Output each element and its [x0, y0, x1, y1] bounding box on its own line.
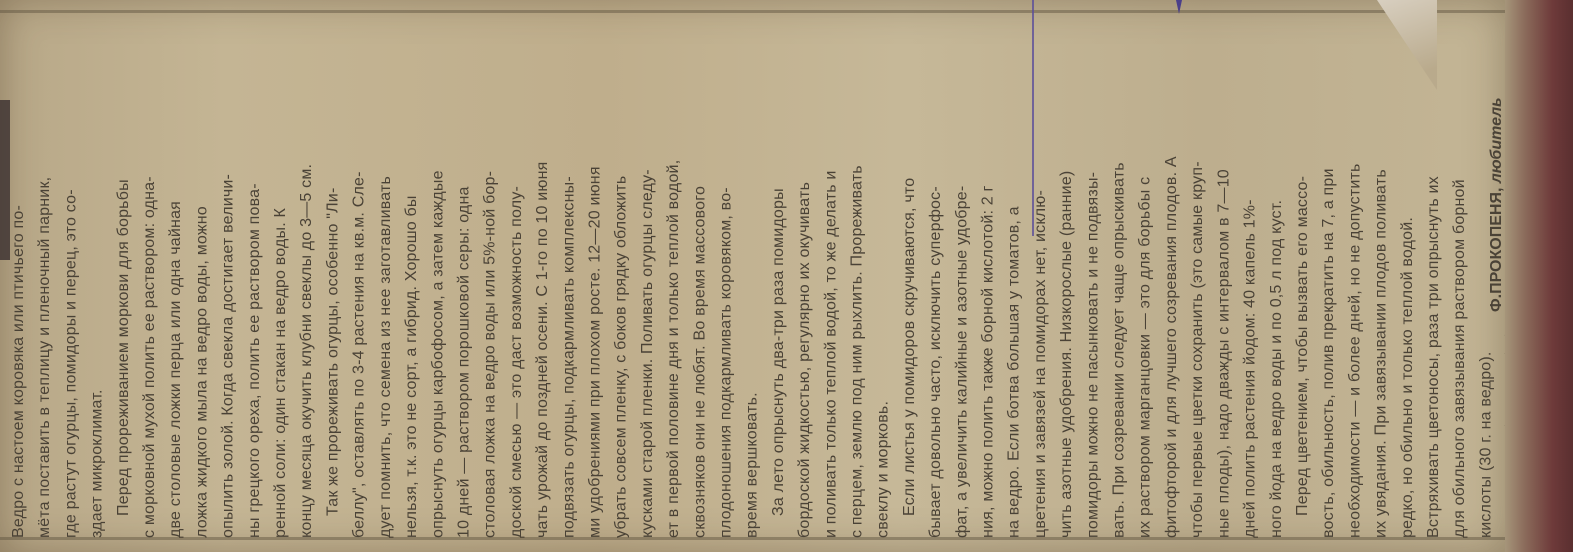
- text-line: с морковной мухой полить ее раствором: о…: [137, 18, 163, 538]
- text-line: бордоской жидкостью, регулярно их окучив…: [792, 18, 818, 538]
- text-line: здает микроклимат.: [85, 18, 111, 538]
- text-line: бывает довольно часто, исключить суперфо…: [923, 18, 949, 538]
- newspaper-clipping: Ведро с настоем коровяка или птичьего по…: [0, 0, 1505, 552]
- text-line: редко, но обильно и только теплой водой.: [1395, 18, 1421, 538]
- text-line: Ведро с настоем коровяка или птичьего по…: [6, 18, 32, 538]
- text-line: вость, обильность, полив прекратить на 7…: [1316, 18, 1342, 538]
- text-line: Перед цветением, чтобы вызвать его массо…: [1290, 18, 1316, 538]
- text-line: 10 дней — раствором порошковой серы: одн…: [451, 18, 477, 538]
- text-line: мёта поставить в теплицу и пленочный пар…: [32, 18, 58, 538]
- text-line: опрыснуть огурцы карбофосом, а затем каж…: [425, 18, 451, 538]
- text-line: дней полить растения йодом: 40 капель 1%…: [1238, 18, 1264, 538]
- author-role-1: любитель: [1488, 98, 1505, 184]
- text-line: фат, а увеличить калийные и азотные удоб…: [949, 18, 975, 538]
- article-text: Ведро с настоем коровяка или птичьего по…: [6, 18, 1573, 538]
- text-line: ет в первой половине дня и только теплой…: [661, 18, 687, 538]
- text-line: нельзя, т.к. это не сорт, а гибрид. Хоро…: [399, 18, 425, 538]
- text-line: ны грецкого ореха, полить ее раствором п…: [242, 18, 268, 538]
- text-line: убрать совсем пленку, с боков грядку обл…: [609, 18, 635, 538]
- text-line: Если листья у помидоров скручиваются, чт…: [897, 18, 923, 538]
- text-line: сквозняков они не любят. Во время массов…: [687, 18, 713, 538]
- pen-mark-tick: [1176, 0, 1182, 14]
- text-line: плодоношения подкармливать коровяком, во…: [713, 18, 739, 538]
- text-line: их увядания. При завязывании плодов поли…: [1369, 18, 1395, 538]
- text-line: свеклу и морковь.: [871, 18, 897, 538]
- text-line: Так же прореживать огурцы, особенно "Ли-: [320, 18, 346, 538]
- text-line: чить азотные удобрения. Низкорослые (ран…: [1054, 18, 1080, 538]
- text-line: их раствором марганцовки — это для борьб…: [1133, 18, 1159, 538]
- text-line: концу месяца окучить клубни свеклы до 3—…: [294, 18, 320, 538]
- text-line: кусками старой пленки. Поливать огурцы с…: [635, 18, 661, 538]
- text-line: необходимости — и более дней, но не допу…: [1342, 18, 1368, 538]
- text-line: ные плоды), надо дважды с интервалом в 7…: [1211, 18, 1237, 538]
- background-fabric: [1505, 0, 1573, 552]
- text-line: чать урожай до поздней осени. С 1-го по …: [530, 18, 556, 538]
- text-line: столовая ложка на ведро воды или 5%-ной …: [478, 18, 504, 538]
- text-line: ного йода на ведро воды и по 0,5 л под к…: [1264, 18, 1290, 538]
- text-line: Встряхивать цветоносы, раза три опрыснут…: [1421, 18, 1447, 538]
- text-line: цветения и завязей на помидорах нет, иск…: [1028, 18, 1054, 538]
- text-line: За лето опрыснуть два-три раза помидоры: [766, 18, 792, 538]
- text-line: дует помнить, что семена из нее заготавл…: [373, 18, 399, 538]
- text-line: беллу", оставлять по 3-4 растения на кв.…: [347, 18, 373, 538]
- text-line: помидоры можно не пасынковать и не подвя…: [1080, 18, 1106, 538]
- text-line: ми удобрениями при плохом росте. 12—20 и…: [582, 18, 608, 538]
- text-line: доской смесью — это даст возможность пол…: [504, 18, 530, 538]
- author-name: Ф.ПРОКОПЕНЯ,: [1488, 188, 1505, 312]
- text-line: и поливать только теплой водой, то же де…: [818, 18, 844, 538]
- text-line: с перцем, землю под ним рыхлить. Прорежи…: [845, 18, 871, 538]
- text-line: на ведро. Если ботва большая у томатов, …: [1002, 18, 1028, 538]
- text-line: ложка жидкого мыла на ведро воды, можно: [189, 18, 215, 538]
- text-line: подвязать огурцы, подкармливать комплекс…: [556, 18, 582, 538]
- text-line: фитофторой и для лучшего созревания плод…: [1159, 18, 1185, 538]
- text-line: опылить золой. Когда свекла достигает ве…: [216, 18, 242, 538]
- text-line: Перед прореживанием моркови для борьбы: [111, 18, 137, 538]
- text-line: ренной соли: один стакан на ведро воды. …: [268, 18, 294, 538]
- text-line: время вершковать.: [740, 18, 766, 538]
- text-line: для обильного завязывания раствором борн…: [1447, 18, 1473, 538]
- text-line: ния, можно полить также борной кислотой:…: [976, 18, 1002, 538]
- text-line: вать. При созревании следует чаще опрыск…: [1107, 18, 1133, 538]
- text-line: чтобы первые цветки сохранить (это самые…: [1185, 18, 1211, 538]
- text-line: где растут огурцы, помидоры и перец, это…: [58, 18, 84, 538]
- text-line: две столовые ложки перца или одна чайная: [163, 18, 189, 538]
